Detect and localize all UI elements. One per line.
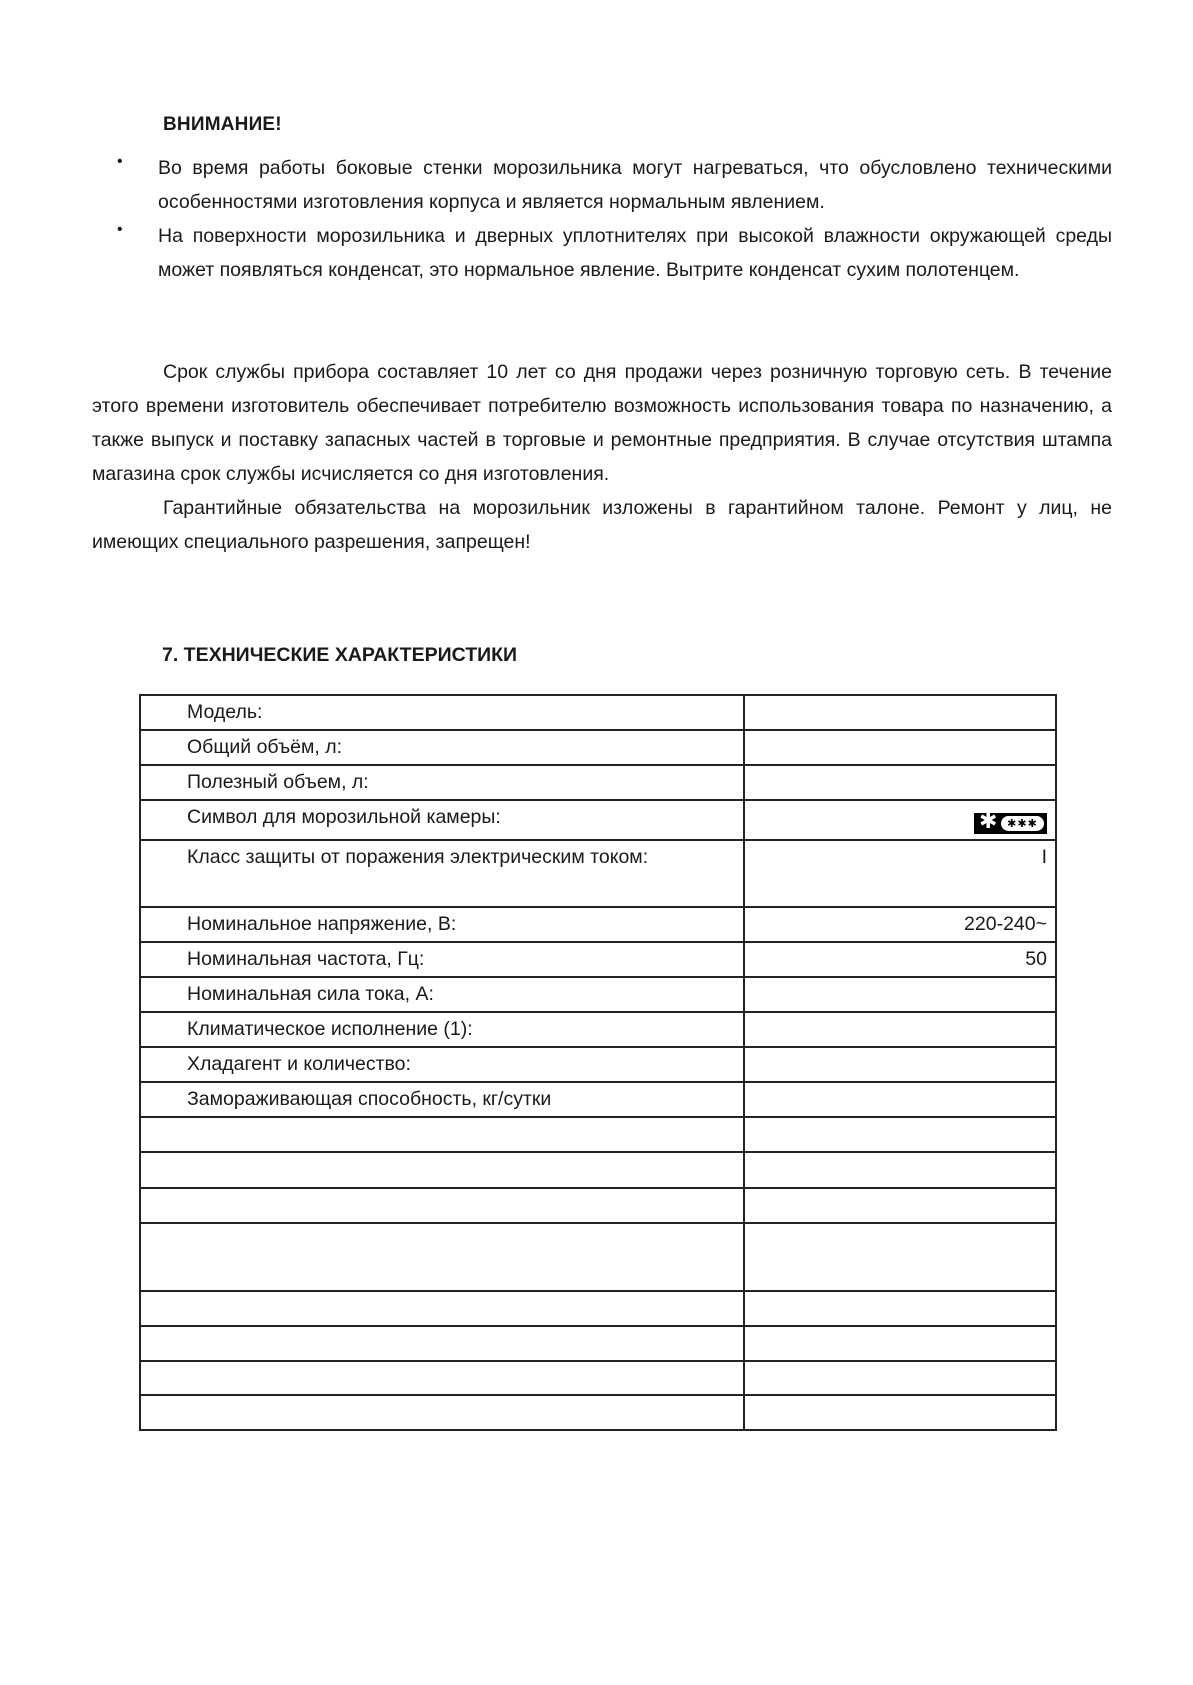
table-row: Класс защиты от поражения электрическим …	[140, 840, 1056, 907]
table-row	[140, 1117, 1056, 1152]
spec-label	[140, 1291, 744, 1326]
spec-label: Общий объём, л:	[140, 730, 744, 765]
spec-value	[744, 1326, 1056, 1361]
table-row	[140, 1223, 1056, 1291]
spec-value	[744, 1047, 1056, 1082]
spec-value	[744, 730, 1056, 765]
spec-value	[744, 1152, 1056, 1188]
spec-label: Символ для морозильной камеры:	[140, 800, 744, 840]
spec-label: Климатическое исполнение (1):	[140, 1012, 744, 1047]
spec-label: Полезный объем, л:	[140, 765, 744, 800]
table-row	[140, 1395, 1056, 1430]
spec-label: Хладагент и количество:	[140, 1047, 744, 1082]
table-row: Номинальная сила тока, А:	[140, 977, 1056, 1012]
warranty-text: Гарантийные обязательства на морозильник…	[92, 497, 1112, 553]
warning-item: На поверхности морозильника и дверных уп…	[158, 219, 1112, 287]
spec-value	[744, 1361, 1056, 1395]
spec-value: 220-240~	[744, 907, 1056, 942]
warning-item: Во время работы боковые стенки морозильн…	[158, 151, 1112, 219]
spec-value	[744, 1395, 1056, 1430]
spec-value	[744, 977, 1056, 1012]
spec-label: Модель:	[140, 695, 744, 730]
warning-title: ВНИМАНИЕ!	[163, 114, 282, 136]
table-row	[140, 1361, 1056, 1395]
spec-label	[140, 1152, 744, 1188]
bullet-icon: •	[117, 153, 123, 171]
spec-value: I	[744, 840, 1056, 907]
spec-label: Замораживающая способность, кг/сутки	[140, 1082, 744, 1117]
spec-value	[744, 1223, 1056, 1291]
table-row: Общий объём, л:	[140, 730, 1056, 765]
spec-value: ✱✱✱✱	[744, 800, 1056, 840]
spec-label	[140, 1395, 744, 1430]
table-row: Номинальное напряжение, В:220-240~	[140, 907, 1056, 942]
snowflake-star-icon: ✱	[979, 810, 997, 834]
spec-value	[744, 1117, 1056, 1152]
table-row: Хладагент и количество:	[140, 1047, 1056, 1082]
spec-label	[140, 1326, 744, 1361]
service-life-paragraph: Срок службы прибора составляет 10 лет со…	[92, 355, 1112, 491]
bullet-icon: •	[117, 221, 123, 239]
table-row: Номинальная частота, Гц:50	[140, 942, 1056, 977]
table-row	[140, 1291, 1056, 1326]
spec-value	[744, 1291, 1056, 1326]
table-row	[140, 1188, 1056, 1223]
spec-value	[744, 695, 1056, 730]
spec-value	[744, 1082, 1056, 1117]
three-star-oval-icon: ✱✱✱	[1001, 816, 1044, 831]
spec-label: Класс защиты от поражения электрическим …	[140, 840, 744, 907]
table-row: Полезный объем, л:	[140, 765, 1056, 800]
spec-label	[140, 1361, 744, 1395]
freezer-star-rating-icon: ✱✱✱✱	[974, 813, 1047, 834]
service-life-text: Срок службы прибора составляет 10 лет со…	[92, 361, 1112, 485]
spec-label	[140, 1223, 744, 1291]
spec-value: 50	[744, 942, 1056, 977]
table-row: Модель:	[140, 695, 1056, 730]
specs-table: Модель:Общий объём, л:Полезный объем, л:…	[139, 694, 1057, 1431]
spec-value	[744, 1188, 1056, 1223]
spec-label: Номинальное напряжение, В:	[140, 907, 744, 942]
spec-value	[744, 765, 1056, 800]
table-row: Замораживающая способность, кг/сутки	[140, 1082, 1056, 1117]
spec-label: Номинальная частота, Гц:	[140, 942, 744, 977]
warranty-paragraph: Гарантийные обязательства на морозильник…	[92, 491, 1112, 559]
section-heading: 7. ТЕХНИЧЕСКИЕ ХАРАКТЕРИСТИКИ	[162, 644, 517, 667]
spec-label	[140, 1117, 744, 1152]
table-row: Символ для морозильной камеры:✱✱✱✱	[140, 800, 1056, 840]
spec-label	[140, 1188, 744, 1223]
table-row: Климатическое исполнение (1):	[140, 1012, 1056, 1047]
spec-value	[744, 1012, 1056, 1047]
table-row	[140, 1152, 1056, 1188]
table-row	[140, 1326, 1056, 1361]
spec-label: Номинальная сила тока, А:	[140, 977, 744, 1012]
